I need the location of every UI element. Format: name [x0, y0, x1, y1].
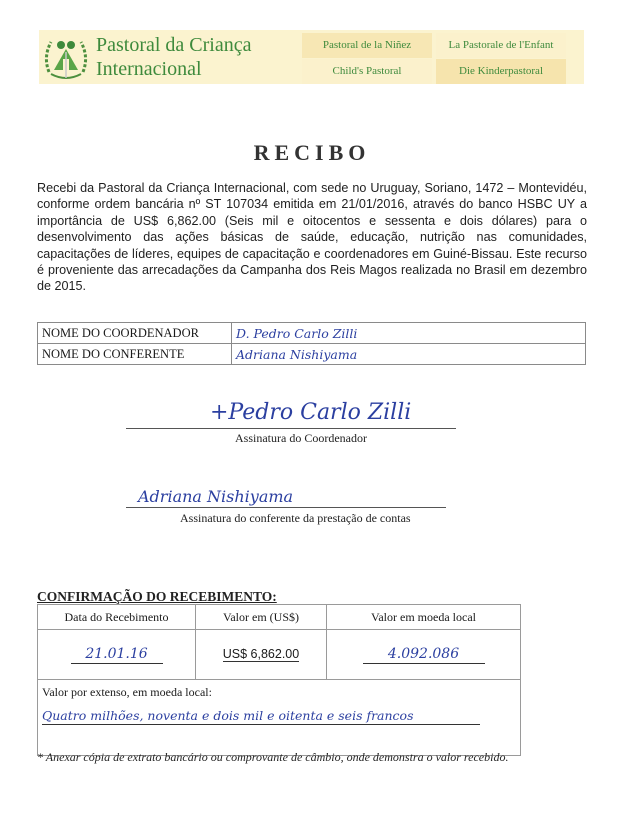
- pastoral-logo-icon: [41, 32, 91, 82]
- coordinator-signature: +Pedro Carlo Zilli: [210, 400, 411, 425]
- table-row: NOME DO COORDENADOR D. Pedro Carlo Zilli: [38, 323, 586, 344]
- header-receipt-date: Data do Recebimento: [38, 605, 196, 630]
- reviewer-signature-caption: Assinatura do conferente da prestação de…: [180, 511, 411, 526]
- document-title: RECIBO: [0, 140, 624, 166]
- org-name-line1: Pastoral da Criança: [96, 33, 252, 57]
- coordinator-signature-line: [126, 428, 456, 429]
- amount-in-words-cell: Valor por extenso, em moeda local: Quatr…: [38, 680, 521, 756]
- table-header-row: Data do Recebimento Valor em (US$) Valor…: [38, 605, 521, 630]
- local-value-cell: 4.092.086: [327, 630, 521, 680]
- table-row: NOME DO CONFERENTE Adriana Nishiyama: [38, 344, 586, 365]
- reviewer-signature: Adriana Nishiyama: [138, 487, 293, 506]
- organization-name: Pastoral da Criança Internacional: [96, 33, 252, 81]
- org-name-line2: Internacional: [96, 57, 252, 81]
- amount-in-words-value: Quatro milhões, noventa e dois mil e oit…: [42, 708, 480, 725]
- language-name-fr: La Pastorale de l'Enfant: [436, 33, 566, 58]
- language-name-es: Pastoral de la Niñez: [302, 33, 432, 58]
- receipt-date-cell: 21.01.16: [38, 630, 196, 680]
- usd-value-cell: US$ 6,862.00: [196, 630, 327, 680]
- header-local-value: Valor em moeda local: [327, 605, 521, 630]
- usd-value: US$ 6,862.00: [223, 647, 299, 662]
- coordinator-name-label: NOME DO COORDENADOR: [38, 323, 232, 344]
- reviewer-name-label: NOME DO CONFERENTE: [38, 344, 232, 365]
- reviewer-name-value: Adriana Nishiyama: [232, 344, 586, 365]
- coordinator-signature-caption: Assinatura do Coordenador: [235, 431, 367, 446]
- receipt-body-text: Recebi da Pastoral da Criança Internacio…: [37, 180, 587, 295]
- local-value: 4.092.086: [363, 646, 485, 664]
- footnote: * Anexar cópia de extrato bancário ou co…: [37, 750, 508, 765]
- names-table: NOME DO COORDENADOR D. Pedro Carlo Zilli…: [37, 322, 586, 365]
- language-name-de: Die Kinderpastoral: [436, 59, 566, 84]
- amount-in-words-label: Valor por extenso, em moeda local:: [42, 685, 212, 699]
- table-row: Valor por extenso, em moeda local: Quatr…: [38, 680, 521, 756]
- confirmation-title: CONFIRMAÇÃO DO RECEBIMENTO:: [37, 589, 277, 605]
- coordinator-name-value: D. Pedro Carlo Zilli: [232, 323, 586, 344]
- receipt-date-value: 21.01.16: [71, 646, 163, 664]
- reviewer-signature-line: [126, 507, 446, 508]
- table-row: 21.01.16 US$ 6,862.00 4.092.086: [38, 630, 521, 680]
- header-usd-value: Valor em (US$): [196, 605, 327, 630]
- confirmation-table: Data do Recebimento Valor em (US$) Valor…: [37, 604, 521, 756]
- language-name-en: Child's Pastoral: [302, 59, 432, 84]
